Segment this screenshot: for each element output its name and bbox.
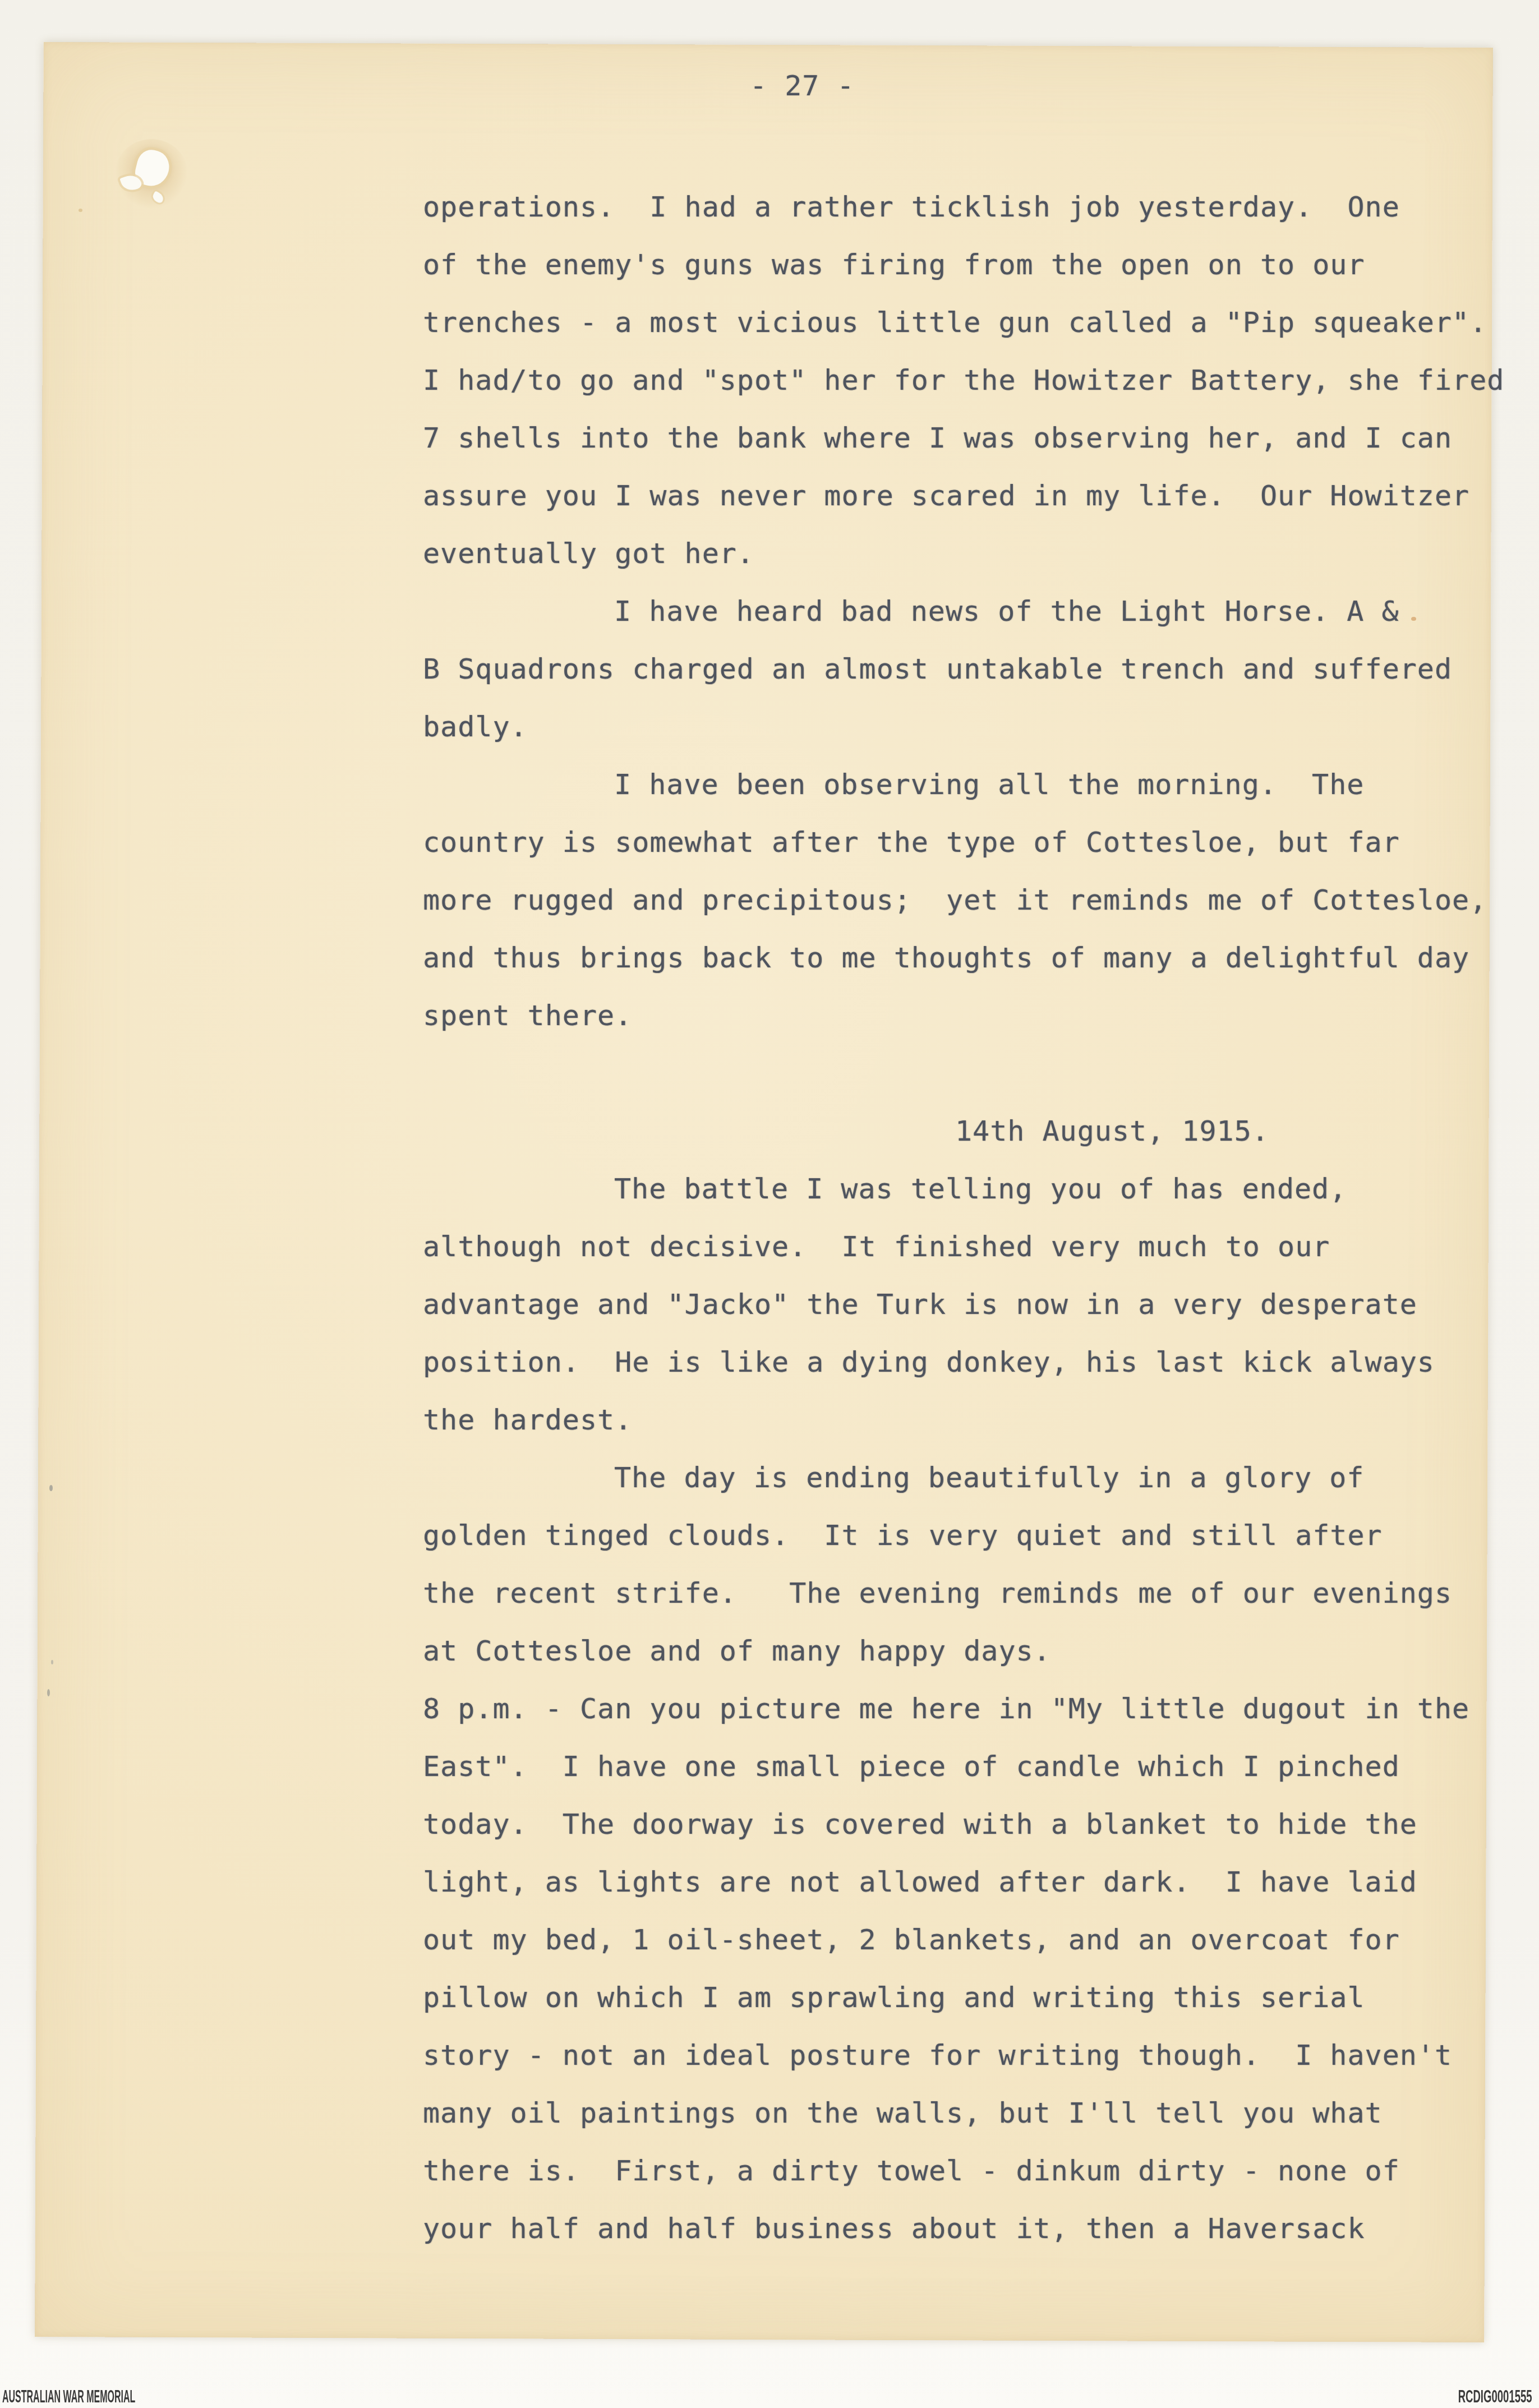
typed-line: your half and half business about it, th… <box>423 2200 1522 2258</box>
typed-line: of the enemy's guns was firing from the … <box>423 236 1522 294</box>
typed-line: country is somewhat after the type of Co… <box>423 814 1522 871</box>
typed-line: 14th August, 1915. <box>423 1102 1522 1160</box>
typed-line <box>423 1045 1522 1102</box>
typed-line: today. The doorway is covered with a bla… <box>423 1796 1522 1853</box>
typed-line: and thus brings back to me thoughts of m… <box>423 929 1522 987</box>
margin-mark <box>47 1689 50 1696</box>
page-number: - 27 - <box>750 67 855 104</box>
typed-line: East". I have one small piece of candle … <box>423 1738 1522 1796</box>
footer-archive-name: AUSTRALIAN WAR MEMORIAL <box>2 2386 135 2407</box>
typed-line: I had/to go and "spot" her for the Howit… <box>423 352 1522 409</box>
typed-line: I have been observing all the morning. T… <box>423 756 1522 814</box>
typed-letter-text: operations. I had a rather ticklish job … <box>423 178 1522 2258</box>
typed-line: the recent strife. The evening reminds m… <box>423 1565 1522 1622</box>
typed-line: although not decisive. It finished very … <box>423 1218 1522 1276</box>
typed-line: 8 p.m. - Can you picture me here in "My … <box>423 1680 1522 1738</box>
typed-line: there is. First, a dirty towel - dinkum … <box>423 2142 1522 2200</box>
typed-line: operations. I had a rather ticklish job … <box>423 178 1522 236</box>
typed-line: golden tinged clouds. It is very quiet a… <box>423 1507 1522 1565</box>
typed-line: out my bed, 1 oil-sheet, 2 blankets, and… <box>423 1911 1522 1969</box>
typed-line: B Squadrons charged an almost untakable … <box>423 640 1522 698</box>
typed-line: badly. <box>423 698 1522 756</box>
typed-line: assure you I was never more scared in my… <box>423 467 1522 525</box>
typed-line: more rugged and precipitous; yet it remi… <box>423 871 1522 929</box>
typed-line: spent there. <box>423 987 1522 1045</box>
typed-line: eventually got her. <box>423 525 1522 583</box>
typed-line: the hardest. <box>423 1391 1522 1449</box>
scanned-letter-page: - 27 - operations. I had a rather tickli… <box>0 0 1539 2408</box>
footer-reference-id: RCDIG0001555 <box>1458 2386 1532 2407</box>
typed-line: story - not an ideal posture for writing… <box>423 2027 1522 2084</box>
typed-line: trenches - a most vicious little gun cal… <box>423 294 1522 352</box>
typed-line: I have heard bad news of the Light Horse… <box>423 583 1522 640</box>
typed-line: 7 shells into the bank where I was obser… <box>423 409 1522 467</box>
typed-line: many oil paintings on the walls, but I'l… <box>423 2084 1522 2142</box>
typed-line: at Cottesloe and of many happy days. <box>423 1622 1522 1680</box>
typed-line: The day is ending beautifully in a glory… <box>423 1449 1522 1507</box>
paper-stain <box>79 209 82 212</box>
typed-line: advantage and "Jacko" the Turk is now in… <box>423 1276 1522 1334</box>
typed-line: position. He is like a dying donkey, his… <box>423 1334 1522 1391</box>
typed-line: light, as lights are not allowed after d… <box>423 1853 1522 1911</box>
typed-line: The battle I was telling you of has ende… <box>423 1160 1522 1218</box>
margin-mark <box>51 1660 53 1664</box>
margin-mark <box>49 1485 53 1491</box>
typed-line: pillow on which I am sprawling and writi… <box>423 1969 1522 2027</box>
